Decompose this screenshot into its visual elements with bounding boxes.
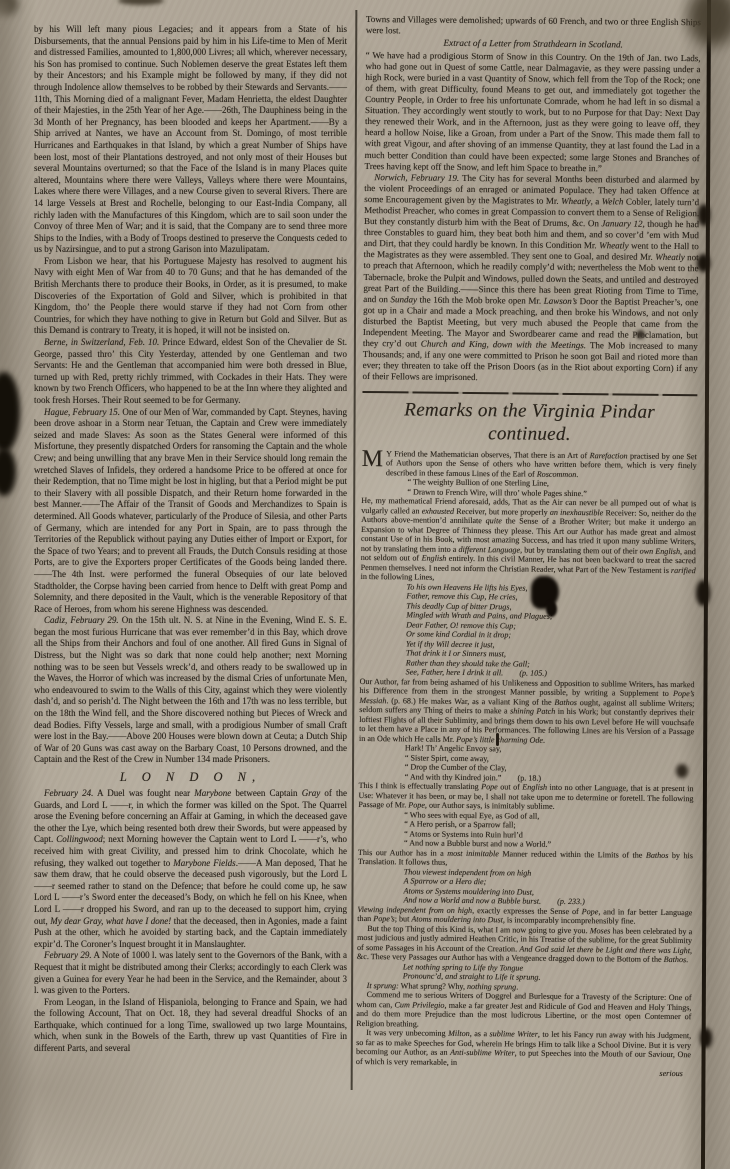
verse-block: “ Who sees with equal Eye, as God of all…: [404, 810, 693, 851]
news-paragraph: From Leogan, in the Island of Hispaniola…: [34, 997, 347, 1055]
catchword: serious: [356, 1066, 683, 1079]
column-divider-rule: [351, 10, 357, 1090]
remarks-paragraph: Commend me to serious Writers of Doggrel…: [356, 990, 691, 1031]
news-paragraph: From Lisbon we hear, that his Portuguese…: [34, 256, 347, 337]
remarks-intro-text: Y Friend the Mathematician observes, Tha…: [386, 449, 697, 479]
newspaper-page: by his Will left many pious Legacies; an…: [0, 0, 730, 1169]
news-paragraph: Norwich, February 19. The City has for s…: [362, 172, 699, 386]
news-paragraph: February 24. A Duel was fought near Mary…: [34, 788, 347, 950]
remarks-paragraph: It was very unbecoming Milton, as a subl…: [356, 1028, 691, 1069]
remarks-section: Remarks on the Virginia Pindar continued…: [356, 398, 697, 1079]
verse-block: Thou viewest independent from on high A …: [403, 867, 692, 908]
paper-stain: [118, 0, 164, 5]
remarks-paragraph: Our Author, far from being ashamed of hi…: [359, 677, 695, 747]
remarks-paragraph: But the top Thing of this Kind is, what …: [357, 924, 692, 965]
verse-block: To his own Heavens He lifts his Eyes, Fa…: [406, 582, 696, 680]
paper-stain: [0, 0, 8, 1169]
section-divider-rule: [362, 390, 697, 395]
remarks-paragraph: He, my mathematical Friend aforesaid, ad…: [361, 496, 697, 585]
news-paragraph: Towns and Villages were demolished; upwa…: [366, 14, 701, 39]
left-column: by his Will left many pious Legacies; an…: [34, 24, 347, 1055]
drop-cap: M: [362, 449, 387, 469]
verse-block: Hark! Th’ Angelic Envoy say, “ Sister Sp…: [405, 744, 694, 785]
remarks-paragraph: MY Friend the Mathematician observes, Th…: [362, 449, 697, 481]
news-paragraph: Berne, in Switzerland, Feb. 10. Prince E…: [34, 337, 347, 407]
news-paragraph: “ We have had a prodigious Storm of Snow…: [364, 50, 700, 175]
page-edge-line: [701, 0, 711, 1169]
london-section-heading: L O N D O N,: [34, 770, 347, 785]
verse-block: Let nothing spring to Life thy Tongue Pr…: [403, 962, 692, 984]
news-paragraph: Hague, February 15. One of our Men of Wa…: [34, 407, 347, 616]
news-paragraph: Cadiz, February 29. On the 15th ult. N. …: [34, 615, 347, 766]
ink-blot: [0, 372, 20, 452]
right-column: Towns and Villages were demolished; upwa…: [356, 14, 701, 1079]
news-paragraph: February 29. A Note of 1000 l. was latel…: [34, 950, 347, 996]
paper-stain: [0, 0, 18, 16]
news-paragraph: by his Will left many pious Legacies; an…: [34, 24, 347, 256]
ink-blot: [0, 448, 16, 496]
remarks-paragraph: This I think is effectually translating …: [358, 781, 693, 813]
remarks-heading: Remarks on the Virginia Pindar continued…: [362, 398, 697, 447]
